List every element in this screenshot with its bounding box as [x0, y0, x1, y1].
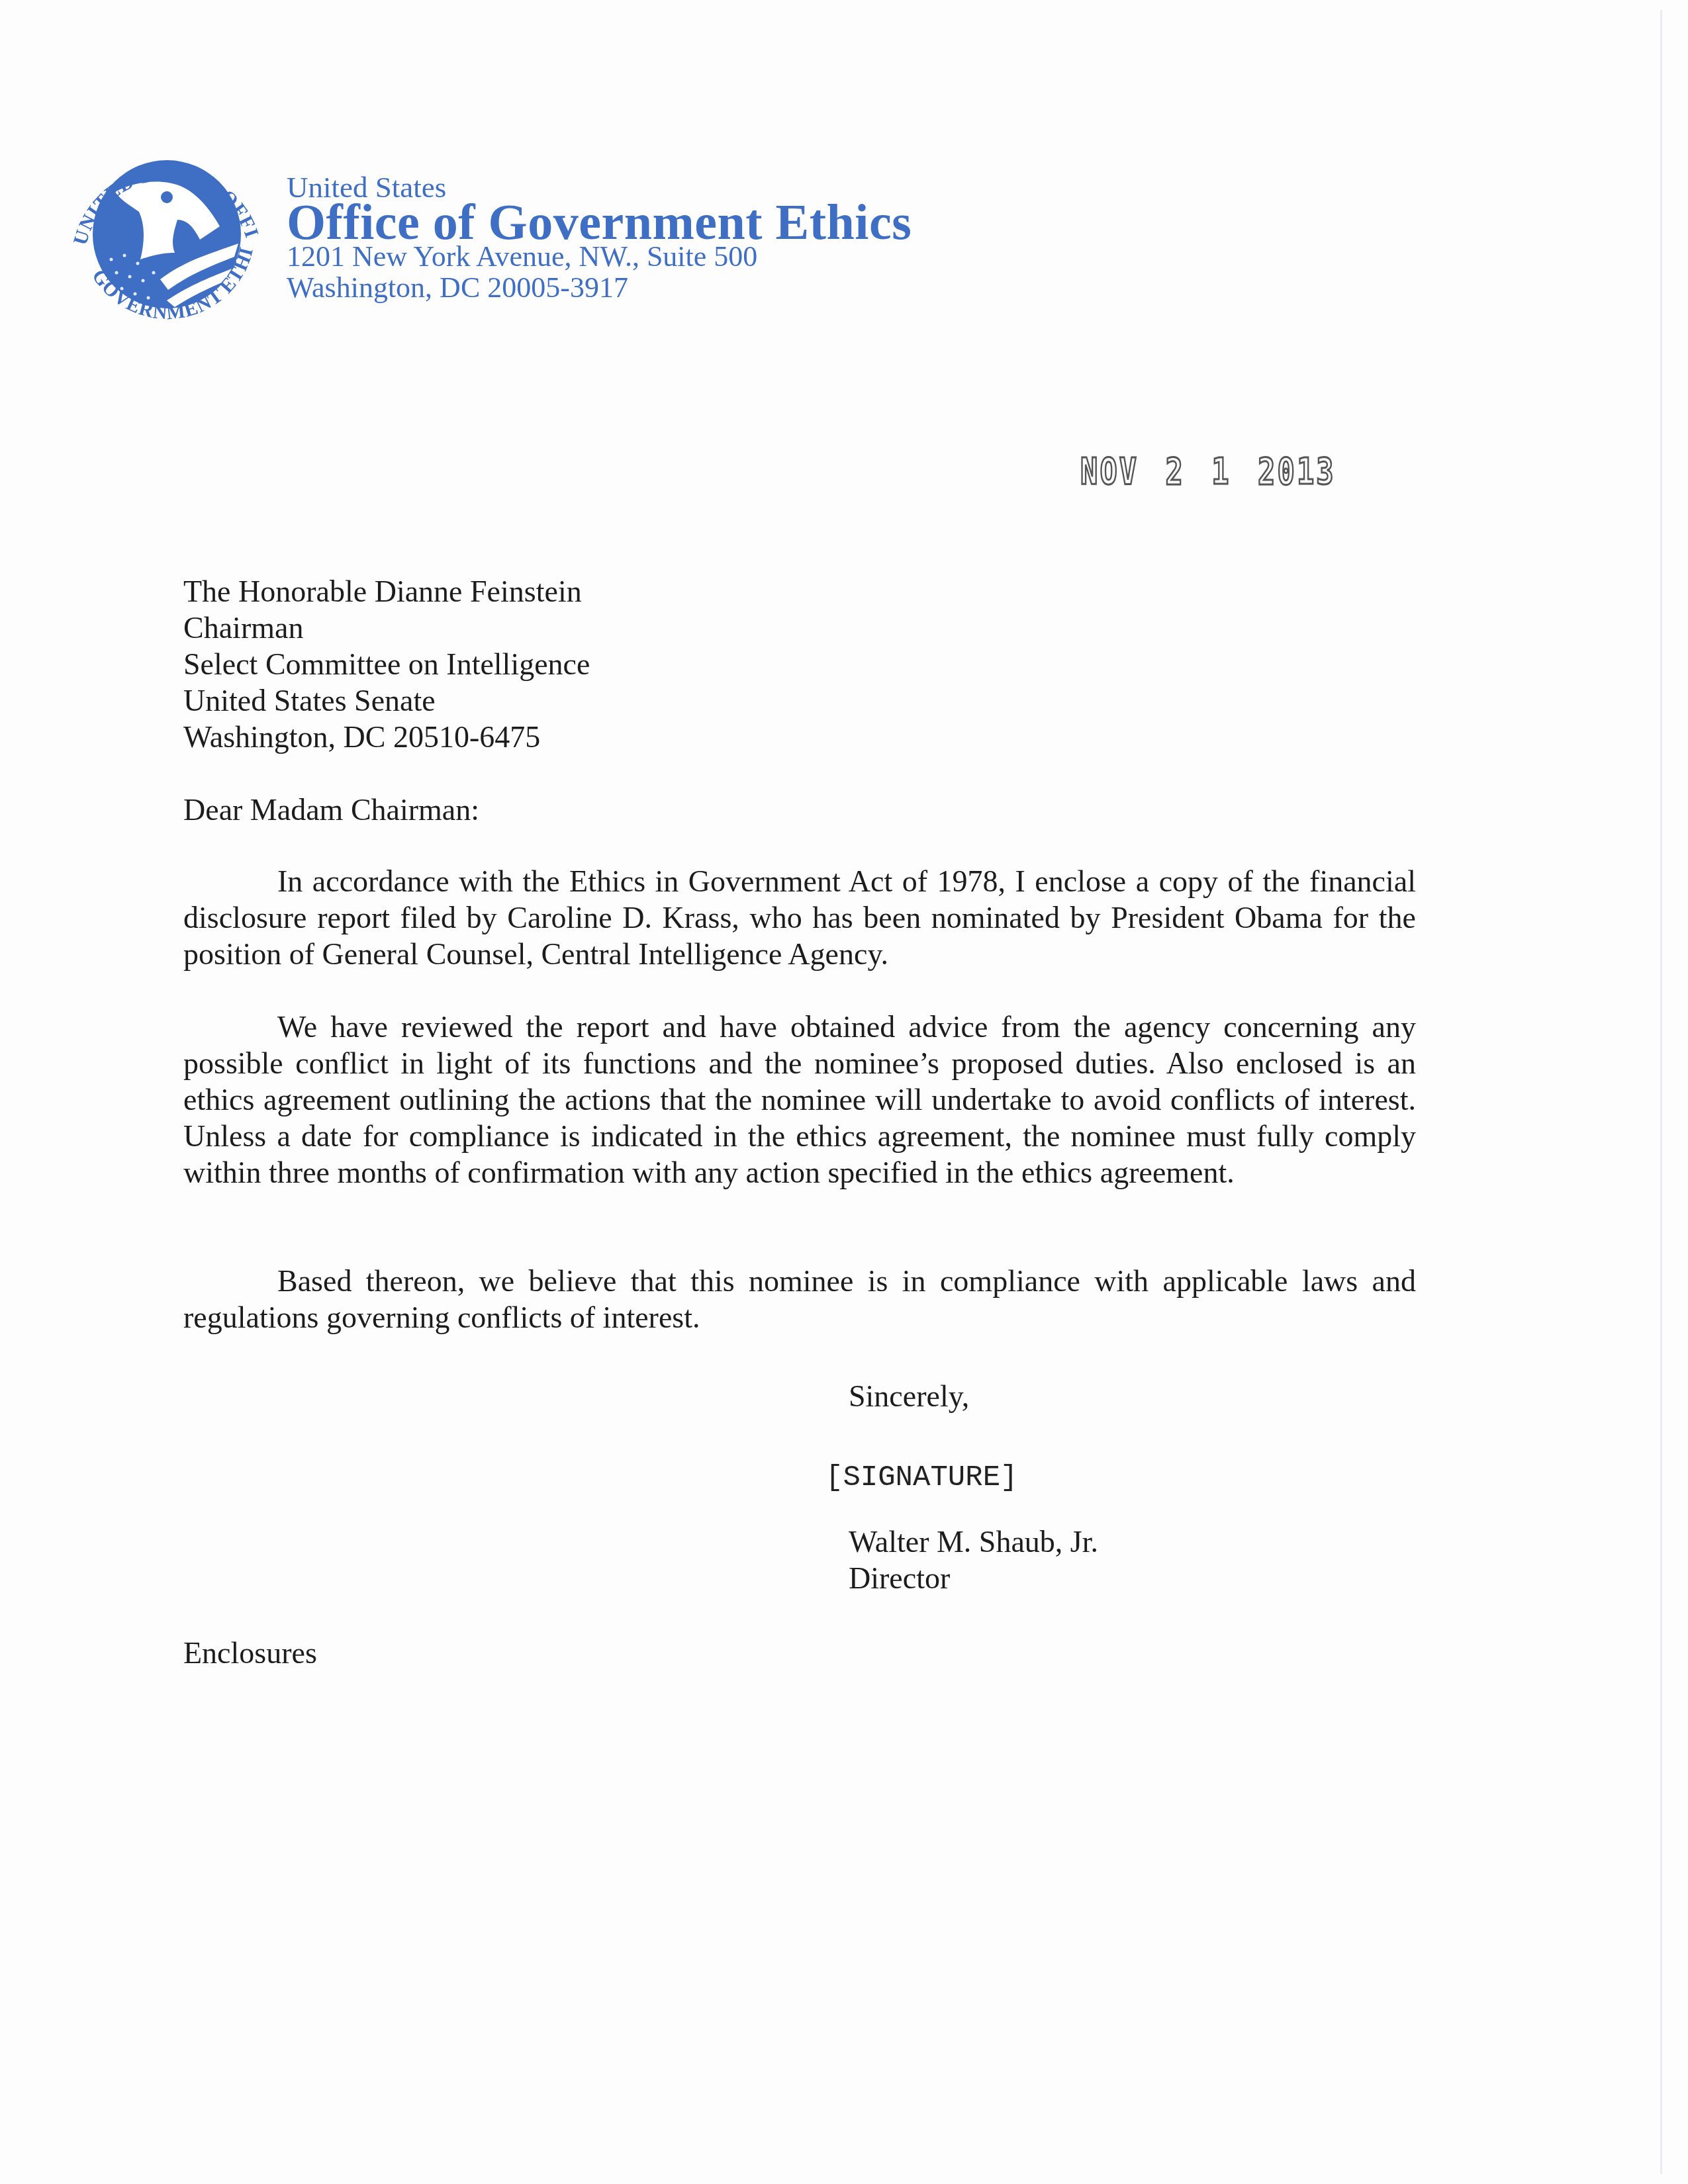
letter-page: UNITED STATES OFFICE OF GOVERNMENT ETHIC…: [0, 0, 1688, 2184]
page-edge-line: [1660, 10, 1662, 2174]
ethics-seal-icon: UNITED STATES OFFICE OF GOVERNMENT ETHIC…: [61, 127, 273, 339]
signer-title: Director: [849, 1560, 1098, 1596]
recipient-organization: United States Senate: [183, 682, 590, 719]
closing: Sincerely,: [849, 1378, 969, 1414]
recipient-title: Chairman: [183, 610, 590, 646]
salutation: Dear Madam Chairman:: [183, 792, 479, 828]
recipient-name: The Honorable Dianne Feinstein: [183, 573, 590, 610]
signer-block: Walter M. Shaub, Jr. Director: [849, 1524, 1098, 1596]
recipient-city: Washington, DC 20510-6475: [183, 719, 590, 755]
body-paragraph-3: Based thereon, we believe that this nomi…: [183, 1263, 1416, 1336]
signature-placeholder: [SIGNATURE]: [825, 1461, 1017, 1494]
letterhead-address-line2: Washington, DC 20005-3917: [287, 272, 628, 304]
recipient-committee: Select Committee on Intelligence: [183, 646, 590, 682]
body-paragraph-1: In accordance with the Ethics in Governm…: [183, 863, 1416, 972]
body-paragraph-2: We have reviewed the report and have obt…: [183, 1009, 1416, 1191]
letterhead-address-line1: 1201 New York Avenue, NW., Suite 500: [287, 241, 757, 273]
recipient-address-block: The Honorable Dianne Feinstein Chairman …: [183, 573, 590, 755]
date-stamp: NOV 2 1 2013: [1080, 450, 1336, 493]
signer-name: Walter M. Shaub, Jr.: [849, 1524, 1098, 1560]
enclosures-note: Enclosures: [183, 1635, 317, 1671]
